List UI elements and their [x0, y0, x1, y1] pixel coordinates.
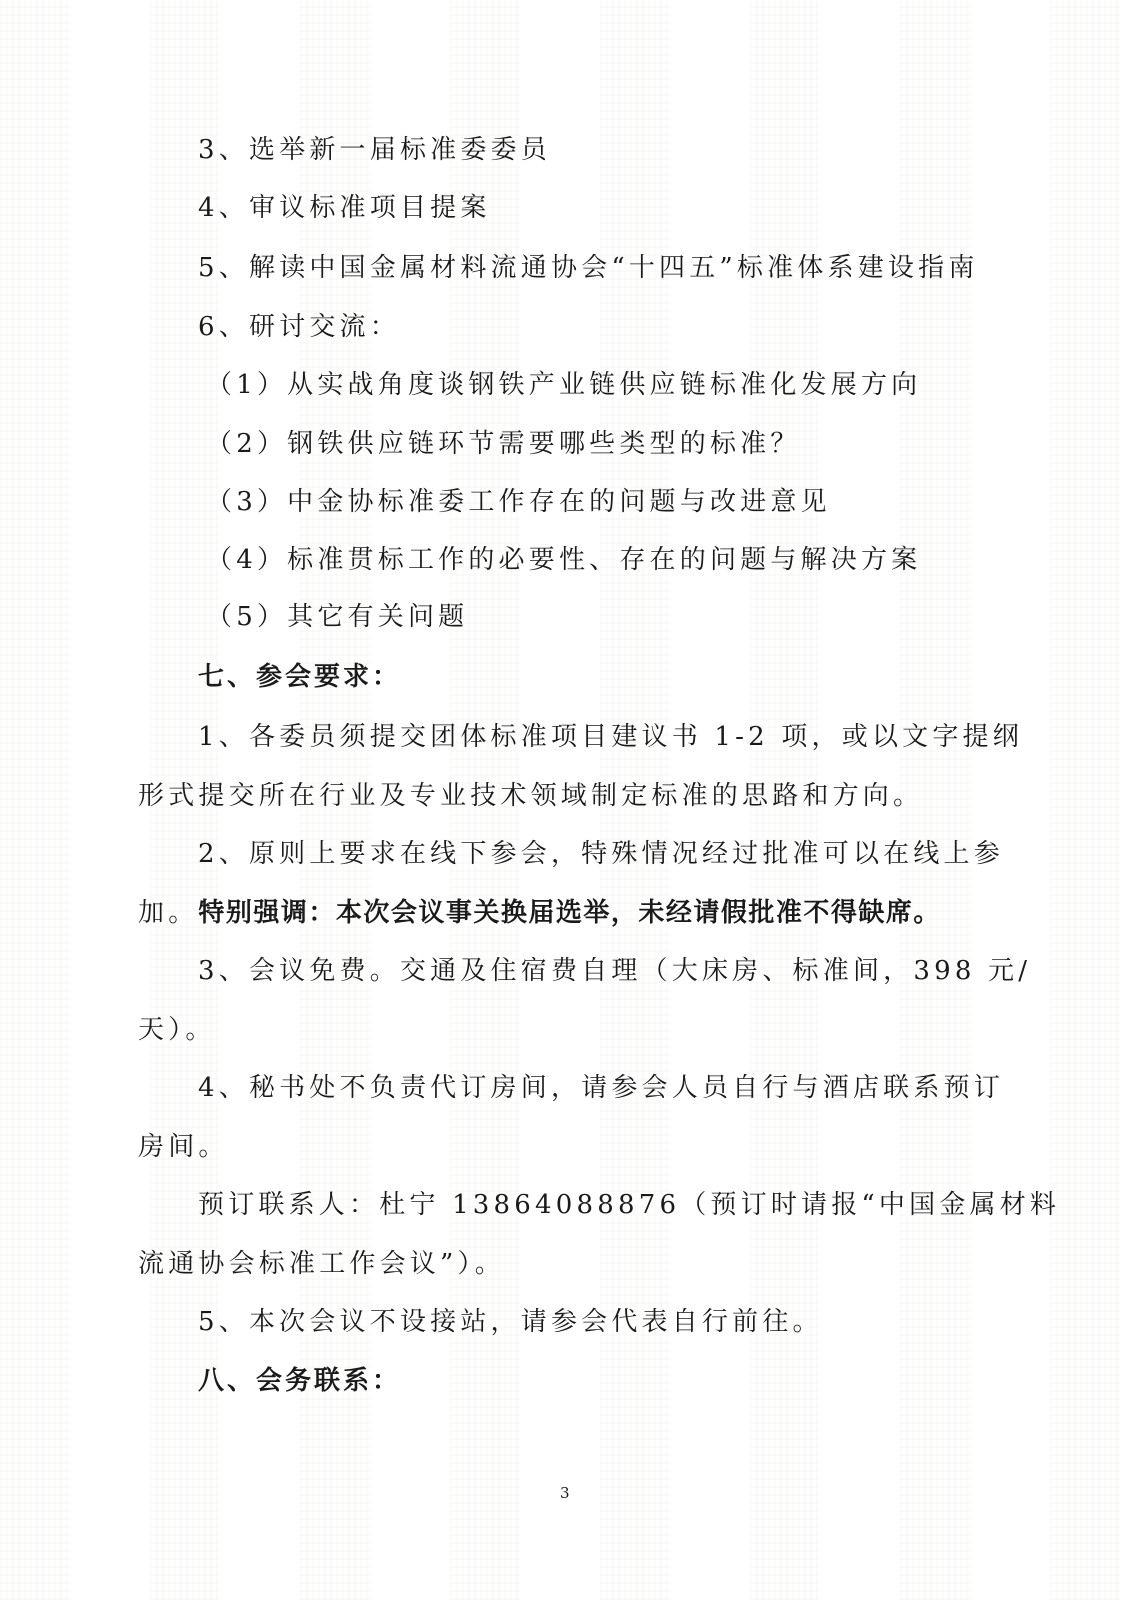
- discussion-topic-2: （2）钢铁供应链环节需要哪些类型的标准？: [206, 428, 801, 460]
- agenda-item-3: 3、选举新一届标准委委员: [198, 134, 551, 166]
- requirement-2-line-2: 加。特别强调：本次会议事关换届选举，未经请假批准不得缺席。: [138, 897, 941, 929]
- requirement-3-line-1: 3、会议免费。交通及住宿费自理（大床房、标准间，398 元/: [198, 955, 1031, 987]
- emphasis-notice: 特别强调：本次会议事关换届选举，未经请假批准不得缺席。: [198, 898, 941, 928]
- agenda-item-6: 6、研讨交流：: [198, 311, 400, 343]
- document-page: 3、选举新一届标准委委员 4、审议标准项目提案 5、解读中国金属材料流通协会“十…: [0, 0, 1131, 1600]
- requirement-4-line-2: 房间。: [138, 1131, 229, 1163]
- booking-contact-line-1: 预订联系人：杜宁 13864088876（预订时请报“中国金属材料: [198, 1189, 1060, 1221]
- requirement-1-line-2: 形式提交所在行业及专业技术领域制定标准的思路和方向。: [138, 780, 923, 812]
- section-7-heading: 七、参会要求：: [198, 661, 401, 693]
- booking-contact-line-2: 流通协会标准工作会议”）。: [138, 1248, 505, 1280]
- requirement-5: 5、本次会议不设接站，请参会代表自行前往。: [198, 1306, 823, 1338]
- requirement-2-prefix: 加。: [138, 898, 198, 928]
- discussion-topic-4: （4）标准贯标工作的必要性、存在的问题与解决方案: [206, 544, 921, 576]
- requirement-2-line-1: 2、原则上要求在线下参会，特殊情况经过批准可以在线上参: [198, 838, 1004, 870]
- discussion-topic-3: （3）中金协标准委工作存在的问题与改进意见: [206, 486, 831, 518]
- section-8-heading: 八、会务联系：: [198, 1365, 401, 1397]
- discussion-topic-5: （5）其它有关问题: [206, 601, 468, 633]
- agenda-item-4: 4、审议标准项目提案: [198, 192, 491, 224]
- requirement-3-line-2: 天）。: [138, 1014, 216, 1046]
- agenda-item-5: 5、解读中国金属材料流通协会“十四五”标准体系建设指南: [198, 252, 979, 284]
- discussion-topic-1: （1）从实战角度谈钢铁产业链供应链标准化发展方向: [206, 369, 921, 401]
- page-number: 3: [560, 1484, 570, 1502]
- requirement-4-line-1: 4、秘书处不负责代订房间，请参会人员自行与酒店联系预订: [198, 1072, 1004, 1104]
- requirement-1-line-1: 1、各委员须提交团体标准项目建议书 1-2 项，或以文字提纲: [198, 721, 1023, 753]
